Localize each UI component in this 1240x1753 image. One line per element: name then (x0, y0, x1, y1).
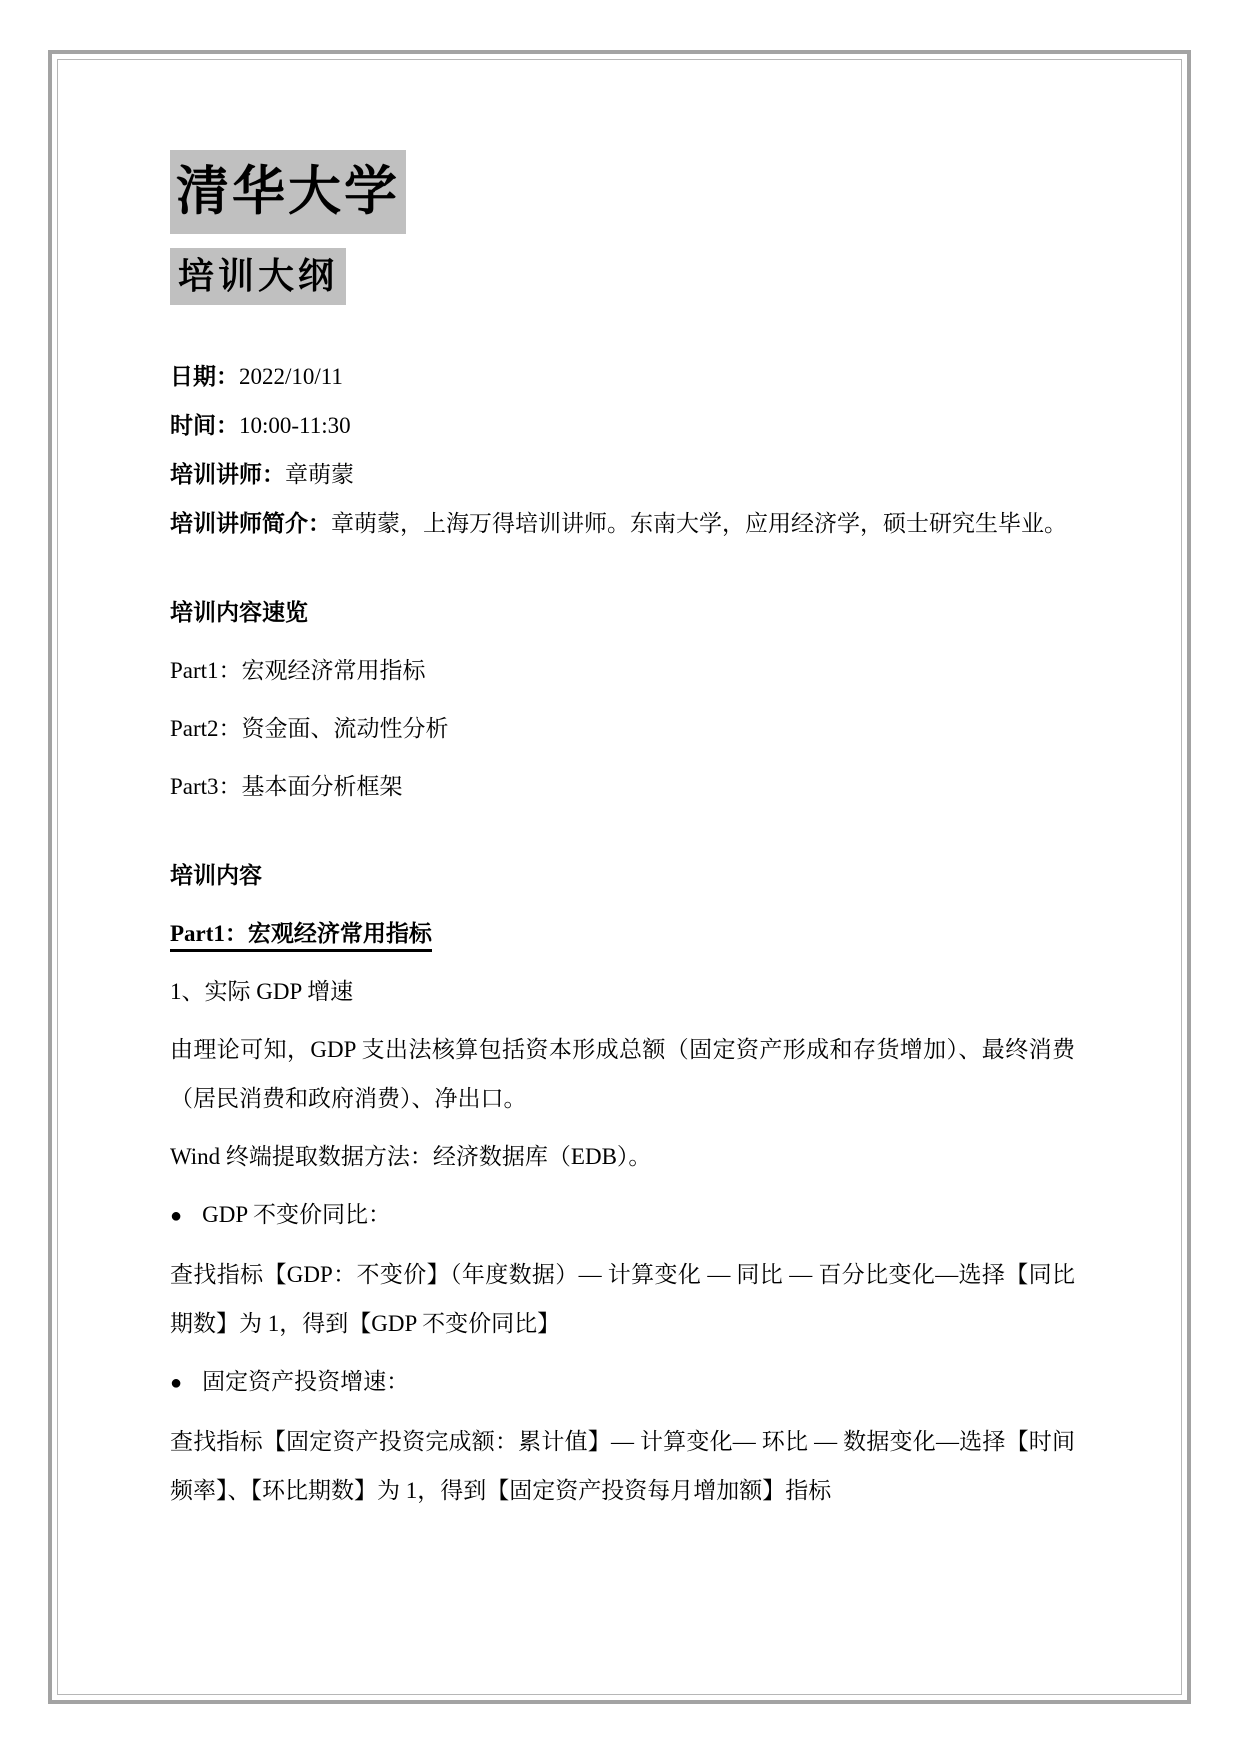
meta-time-label: 时间： (170, 413, 239, 438)
bullet-gdp-yoy-title: GDP 不变价同比： (202, 1202, 391, 1227)
paragraph-wind-method: Wind 终端提取数据方法：经济数据库（EDB）。 (170, 1132, 1075, 1181)
bullet-icon: ● (170, 1192, 182, 1241)
content-heading: 培训内容 (170, 851, 1075, 900)
meta-time-value: 10:00-11:30 (239, 413, 351, 438)
bullet-item-gdp-yoy: ●GDP 不变价同比： (170, 1190, 1075, 1241)
bullet-item-fai-growth: ●固定资产投资增速： (170, 1357, 1075, 1408)
meta-date-label: 日期： (170, 364, 239, 389)
meta-trainer-value: 章萌蒙 (285, 462, 354, 487)
overview-item-part1: Part1：宏观经济常用指标 (170, 646, 1075, 695)
title-row: 清华大学 (170, 150, 1075, 234)
paragraph-fai-growth-steps: 查找指标【固定资产投资完成额：累计值】— 计算变化— 环比 — 数据变化—选择【… (170, 1417, 1075, 1515)
paragraph-gdp-yoy-steps: 查找指标【GDP：不变价】（年度数据）— 计算变化 — 同比 — 百分比变化—选… (170, 1250, 1075, 1348)
document-content: 清华大学 培训大纲 日期：2022/10/11 时间：10:00-11:30 培… (170, 150, 1075, 1515)
overview-heading: 培训内容速览 (170, 588, 1075, 637)
meta-trainer-label: 培训讲师： (170, 462, 285, 487)
doc-subtitle: 培训大纲 (170, 248, 346, 305)
part1-section-heading: Part1：宏观经济常用指标 (170, 909, 1075, 958)
meta-trainer-bio-value: 章萌蒙，上海万得培训讲师。东南大学，应用经济学，硕士研究生毕业。 (331, 511, 1067, 536)
subsection-title-gdp: 1、实际 GDP 增速 (170, 967, 1075, 1016)
meta-date-value: 2022/10/11 (239, 364, 343, 389)
meta-time: 时间：10:00-11:30 (170, 401, 1075, 450)
meta-trainer: 培训讲师：章萌蒙 (170, 450, 1075, 499)
meta-trainer-bio: 培训讲师简介：章萌蒙，上海万得培训讲师。东南大学，应用经济学，硕士研究生毕业。 (170, 499, 1075, 548)
overview-item-part2: Part2：资金面、流动性分析 (170, 704, 1075, 753)
bullet-fai-growth-title: 固定资产投资增速： (202, 1369, 409, 1394)
part1-section-heading-text: Part1：宏观经济常用指标 (170, 921, 432, 952)
document-page: 清华大学 培训大纲 日期：2022/10/11 时间：10:00-11:30 培… (0, 0, 1240, 1753)
overview-item-part3: Part3：基本面分析框架 (170, 762, 1075, 811)
meta-date: 日期：2022/10/11 (170, 352, 1075, 401)
paragraph-gdp-theory: 由理论可知，GDP 支出法核算包括资本形成总额（固定资产形成和存货增加）、最终消… (170, 1025, 1075, 1123)
bullet-icon: ● (170, 1359, 182, 1408)
doc-title: 清华大学 (170, 150, 406, 234)
subtitle-row: 培训大纲 (170, 248, 1075, 305)
meta-trainer-bio-label: 培训讲师简介： (170, 511, 331, 536)
